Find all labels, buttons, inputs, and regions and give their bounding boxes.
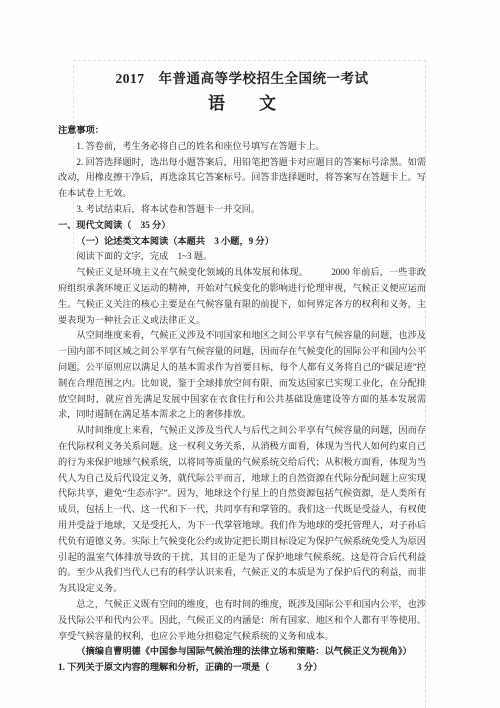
exam-title: 2017 年普通高等学校招生全国统一考试: [58, 68, 426, 89]
page-content: 2017 年普通高等学校招生全国统一考试 语 文 注意事项： 1. 答卷前，考生…: [58, 64, 426, 676]
subsection-heading-essay-reading: （一）论述类文本阅读（本题共 3 小题，9 分）: [58, 234, 426, 250]
notice-heading: 注意事项：: [58, 123, 426, 139]
passage-paragraph-2: 从空间维度来看，气候正义涉及不同国家和地区之间公平享有气候容量的问题，也涉及一国…: [58, 328, 426, 423]
passage-paragraph-3: 从时间维度上来看，气候正义涉及当代人与后代之间公平享有气候容量的问题，因而存在代…: [58, 423, 426, 597]
passage-paragraph-4: 总之，气候正义既有空间的维度，也有时间的维度，既涉及国际公平和国内公平，也涉及代…: [58, 597, 426, 644]
section-heading-modern-reading: 一、现代文阅读（ 35 分）: [58, 218, 426, 234]
notice-item-1: 1. 答卷前，考生务必将自己的姓名和座位号填写在答题卡上。: [58, 139, 426, 155]
page-border-top: [73, 60, 426, 61]
exam-subject-title: 语 文: [58, 92, 426, 116]
passage-paragraph-1: 气候正义是环境主义在气候变化领域的具体发展和体现。 2000 年前后，一些非政府…: [58, 265, 426, 328]
question-1: 1. 下列关于原文内容的理解和分析，正确的一项是（ 3 分）: [58, 660, 426, 676]
reading-instruction: 阅读下面的文字，完成 1~3 题。: [58, 249, 426, 265]
notice-item-3: 3. 考试结束后，将本试卷和答题卡一并交回。: [58, 202, 426, 218]
notice-item-2: 2. 回答选择题时，选出每小题答案后，用铅笔把答题卡对应题目的答案标号涂黑。如需…: [58, 155, 426, 202]
passage-attribution: （摘编自曹明德《中国参与国际气候治理的法律立场和策略：以气候正义为视角》）: [58, 644, 426, 660]
exam-paper-scan: 2017 年普通高等学校招生全国统一考试 语 文 注意事项： 1. 答卷前，考生…: [0, 0, 500, 708]
